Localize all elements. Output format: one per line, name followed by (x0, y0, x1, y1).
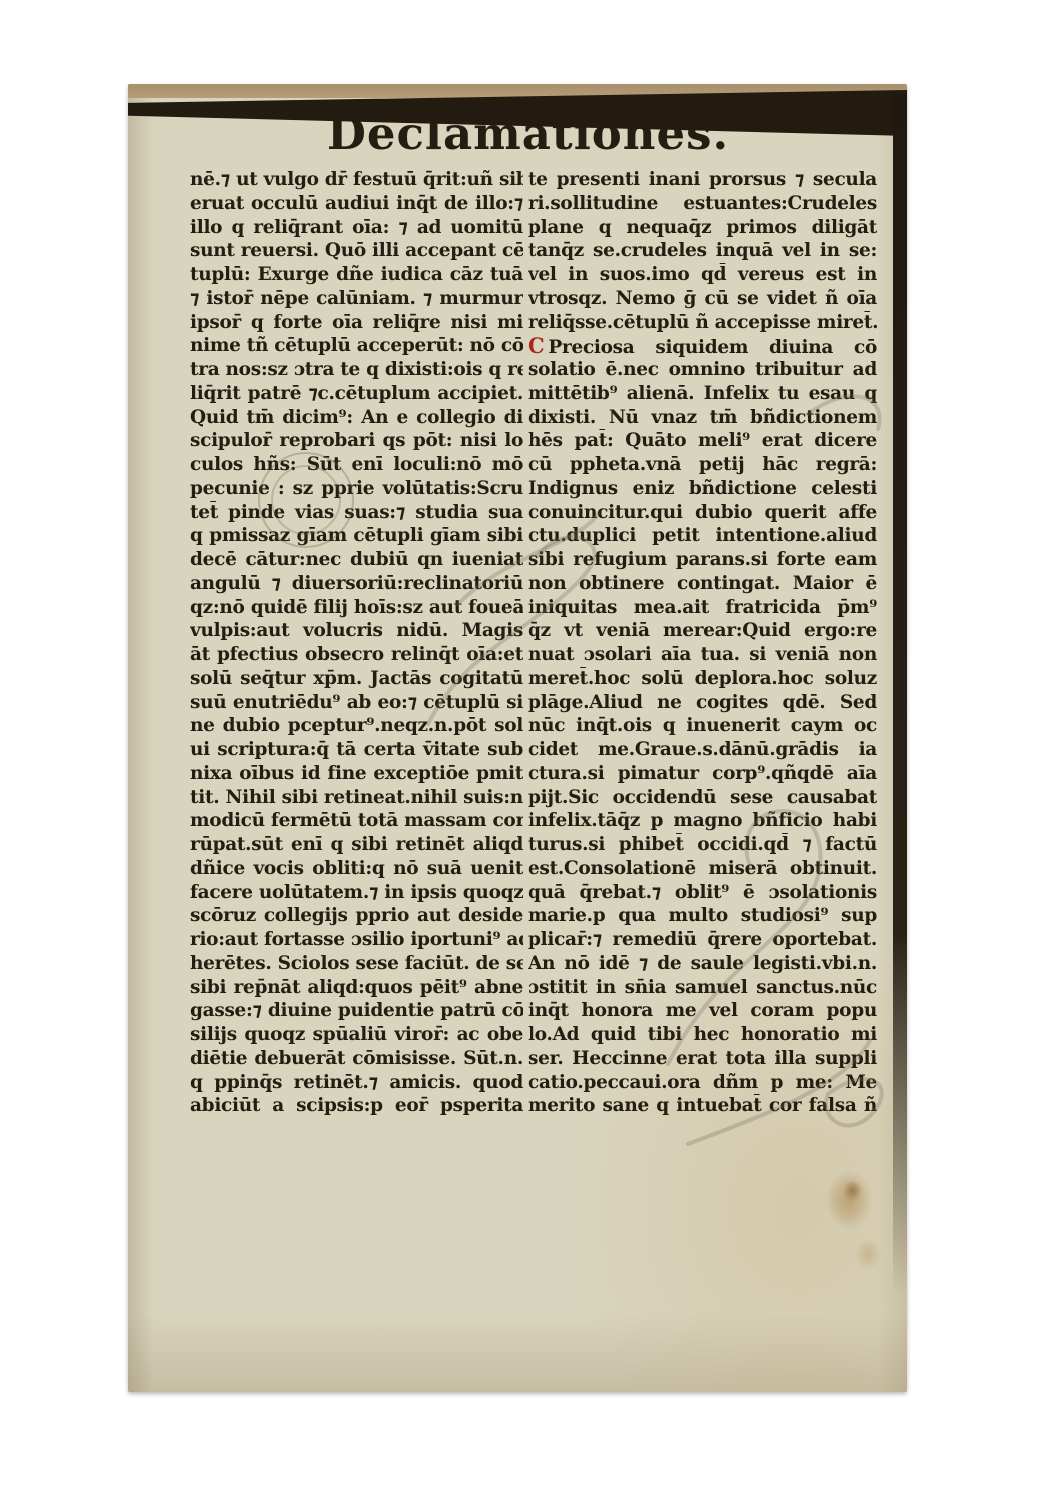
text-column-left: nē.⁊ ut vulgo dr̄ festuū q̄rit:uñ sibier… (190, 168, 523, 1118)
text-line: ctura.si pimatur corp⁹.qñqdē aīa (528, 762, 877, 786)
text-line: nime tñ cētuplū acceperūt: nō cō (190, 334, 523, 358)
book-right-shadow (893, 94, 907, 1294)
text-line: dixisti. Nū vnaz tm̄ bñdictionem (528, 406, 877, 430)
text-line: sibi rep̄nāt aliqd:quos pēit⁹ abne (190, 976, 523, 1000)
text-line: Indignus eniz bñdictione celesti (528, 477, 877, 501)
text-line: mittētib⁹ alienā. Infelix tu esau q (528, 382, 877, 406)
scan-backdrop: Declamationes. nē.⁊ ut vulgo dr̄ festuū … (0, 0, 1060, 1500)
text-line: est.Consolationē miserā obtinuit. (528, 857, 877, 881)
text-line: ɔstitit in sn̄ia samuel sanctus.nūc (528, 976, 877, 1000)
blind-stamp (258, 452, 354, 548)
text-line: nē.⁊ ut vulgo dr̄ festuū q̄rit:uñ sibi (190, 168, 523, 192)
text-line: diētie debuerāt cōmisisse. Sūt.n. (190, 1047, 523, 1071)
text-line: modicū fermētū totā massam cor (190, 809, 523, 833)
text-line: cū ppheta.vnā petij hāc regrā: (528, 453, 877, 477)
text-line: meret̄.hoc solū deplora.hoc soluz (528, 667, 877, 691)
text-line: lo.Ad quid tibi hec honoratio mi (528, 1023, 877, 1047)
text-line: herētes. Sciolos sese faciūt. de se (190, 952, 523, 976)
text-line: scōruz collegijs pprio aut deside (190, 904, 523, 928)
text-line: cidet me.Graue.s.dānū.grādis ia (528, 738, 877, 762)
text-line: CPreciosa siquidem diuina cō (528, 334, 877, 358)
text-line: An nō idē ⁊ de saule legisti.vbi.n. (528, 952, 877, 976)
text-line: sunt reuersi. Quō illi accepant cē (190, 239, 523, 263)
text-line: ne dubio pceptur⁹.neqz.n.pōt sol (190, 714, 523, 738)
text-line: pijt.Sic occidendū sese causabat (528, 786, 877, 810)
text-line: plāge.Aliud ne cogites qdē. Sed (528, 691, 877, 715)
text-line: suū enutriēdu⁹ ab eo:⁊ cētuplū si (190, 691, 523, 715)
text-line: tet̄ pinde vias suas:⁊ studia sua (190, 501, 523, 525)
text-line: ipsor̄ q forte oīa reliq̄re nisi mi (190, 311, 523, 335)
text-line: ui scriptura:q̄ tā certa v̄itate sub (190, 738, 523, 762)
text-line: ser. Heccinne erat tota illa suppli (528, 1047, 877, 1071)
text-line: turus.si phibet̄ occidi.qd̄ ⁊ factū (528, 833, 877, 857)
text-line: gasse:⁊ diuine puidentie patrū cō (190, 999, 523, 1023)
text-line: angulū ⁊ diuersoriū:reclinatoriū (190, 572, 523, 596)
text-line: pecunie : sz pprie volūtatis:Scru (190, 477, 523, 501)
text-line: ctu.duplici petit intentione.aliud (528, 524, 877, 548)
text-line: solū seq̄tur xp̄m. Jactās cogitatū (190, 667, 523, 691)
text-line: sibi refugium parans.si forte eam (528, 548, 877, 572)
text-line: liq̄rit patrē ⁊c.cētuplum accipiet. (190, 382, 523, 406)
book-page-photo: Declamationes. nē.⁊ ut vulgo dr̄ festuū … (128, 84, 907, 1392)
text-line: q̄z vt veniā merear:Quid ergo:re (528, 619, 877, 643)
text-line: quā q̄rebat.⁊ oblit⁹ ē ɔsolationis (528, 881, 877, 905)
page-stain (826, 1170, 872, 1230)
text-line: merito sane q intuebat̄ cor falsa ñ (528, 1094, 877, 1118)
text-line: illo q reliq̄rant oīa: ⁊ ad uomitū (190, 216, 523, 240)
text-line: catio.peccaui.ora dñm p me: Me (528, 1071, 877, 1095)
text-line: tanq̄z se.crudeles inquā vel in se: (528, 239, 877, 263)
text-line: q pmissaz gīam cētupli gīam sibi (190, 524, 523, 548)
text-line: te presenti inani prorsus ⁊ secula (528, 168, 877, 192)
text-line: tra nos:sz ɔtra te q dixisti:ois q re (190, 358, 523, 382)
text-line: decē cātur:nec dubiū qn iueniat (190, 548, 523, 572)
text-line: qz:nō quidē filij hoīs:sz aut foueā (190, 596, 523, 620)
text-line: nūc inq̄t.ois q inuenerit caym oc (528, 714, 877, 738)
text-line: culos hñs: Sūt enī loculi:nō mō (190, 453, 523, 477)
text-line: facere uolūtatem.⁊ in ipsis quoqz (190, 881, 523, 905)
text-column-right: te presenti inani prorsus ⁊ seculari.sol… (528, 168, 877, 1118)
text-line: vtrosqz. Nemo ḡ cū se videt ñ oīa (528, 287, 877, 311)
text-line: ri.sollitudine estuantes:Crudeles (528, 192, 877, 216)
text-line: q ppinq̄s retinēt.⁊ amicis. quod (190, 1071, 523, 1095)
text-line: iniquitas mea.ait fratricida p̄m⁹ (528, 596, 877, 620)
text-line: silijs quoqz spūaliū viror̄: ac obe (190, 1023, 523, 1047)
text-line: conuincitur.qui dubio querit affe (528, 501, 877, 525)
text-line: solatio ē.nec omnino tribuitur ad (528, 358, 877, 382)
text-line: inq̄t honora me vel coram popu (528, 999, 877, 1023)
text-line: rūpat.sūt enī q sibi retinēt aliqd (190, 833, 523, 857)
text-line: dñice vocis obliti:q nō suā uenit (190, 857, 523, 881)
text-line: plicar̄:⁊ remediū q̄rere oportebat. (528, 928, 877, 952)
text-line: infelix.tāq̄z p magno bñficio habi (528, 809, 877, 833)
page-stain-small (854, 1238, 882, 1270)
text-line: rio:aut fortasse ɔsilio iportuni⁹ ad (190, 928, 523, 952)
text-line: scipulor̄ reprobari qs pōt: nisi lo (190, 429, 523, 453)
text-line: ⁊ istor̄ nēpe calūniam. ⁊ murmur (190, 287, 523, 311)
text-line: hēs pat̄: Quāto meli⁹ erat dicere (528, 429, 877, 453)
text-line: nuat ɔsolari aīa tua. si veniā non (528, 643, 877, 667)
text-line: non obtinere contingat. Maior ē (528, 572, 877, 596)
text-line: marie.p qua multo studiosi⁹ sup (528, 904, 877, 928)
text-line: Quid tm̄ dicim⁹: An e collegio di (190, 406, 523, 430)
text-line: tuplū: Exurge dñe iudica cāz tuā (190, 263, 523, 287)
text-line: āt pfectius obsecro relinq̄t oīa:et (190, 643, 523, 667)
text-line: plane q nequaq̄z primos diligāt (528, 216, 877, 240)
rubric-initial: C (528, 334, 548, 358)
text-line: eruat occulū audiui inq̄t de illo:⁊ (190, 192, 523, 216)
text-line: vulpis:aut volucris nidū. Magis (190, 619, 523, 643)
text-line: abiciūt a scipsis:p eor̄ psperita (190, 1094, 523, 1118)
text-line: vel in suos.imo qd̄ vereus est in (528, 263, 877, 287)
printed-page: Declamationes. nē.⁊ ut vulgo dr̄ festuū … (128, 84, 907, 1392)
text-line: tit. Nihil sibi retineat.nihil suis:ne (190, 786, 523, 810)
text-line: nixa oībus id fine exceptiōe pmit (190, 762, 523, 786)
text-line: reliq̄sse.cētuplū ñ accepisse miret̄. (528, 311, 877, 335)
